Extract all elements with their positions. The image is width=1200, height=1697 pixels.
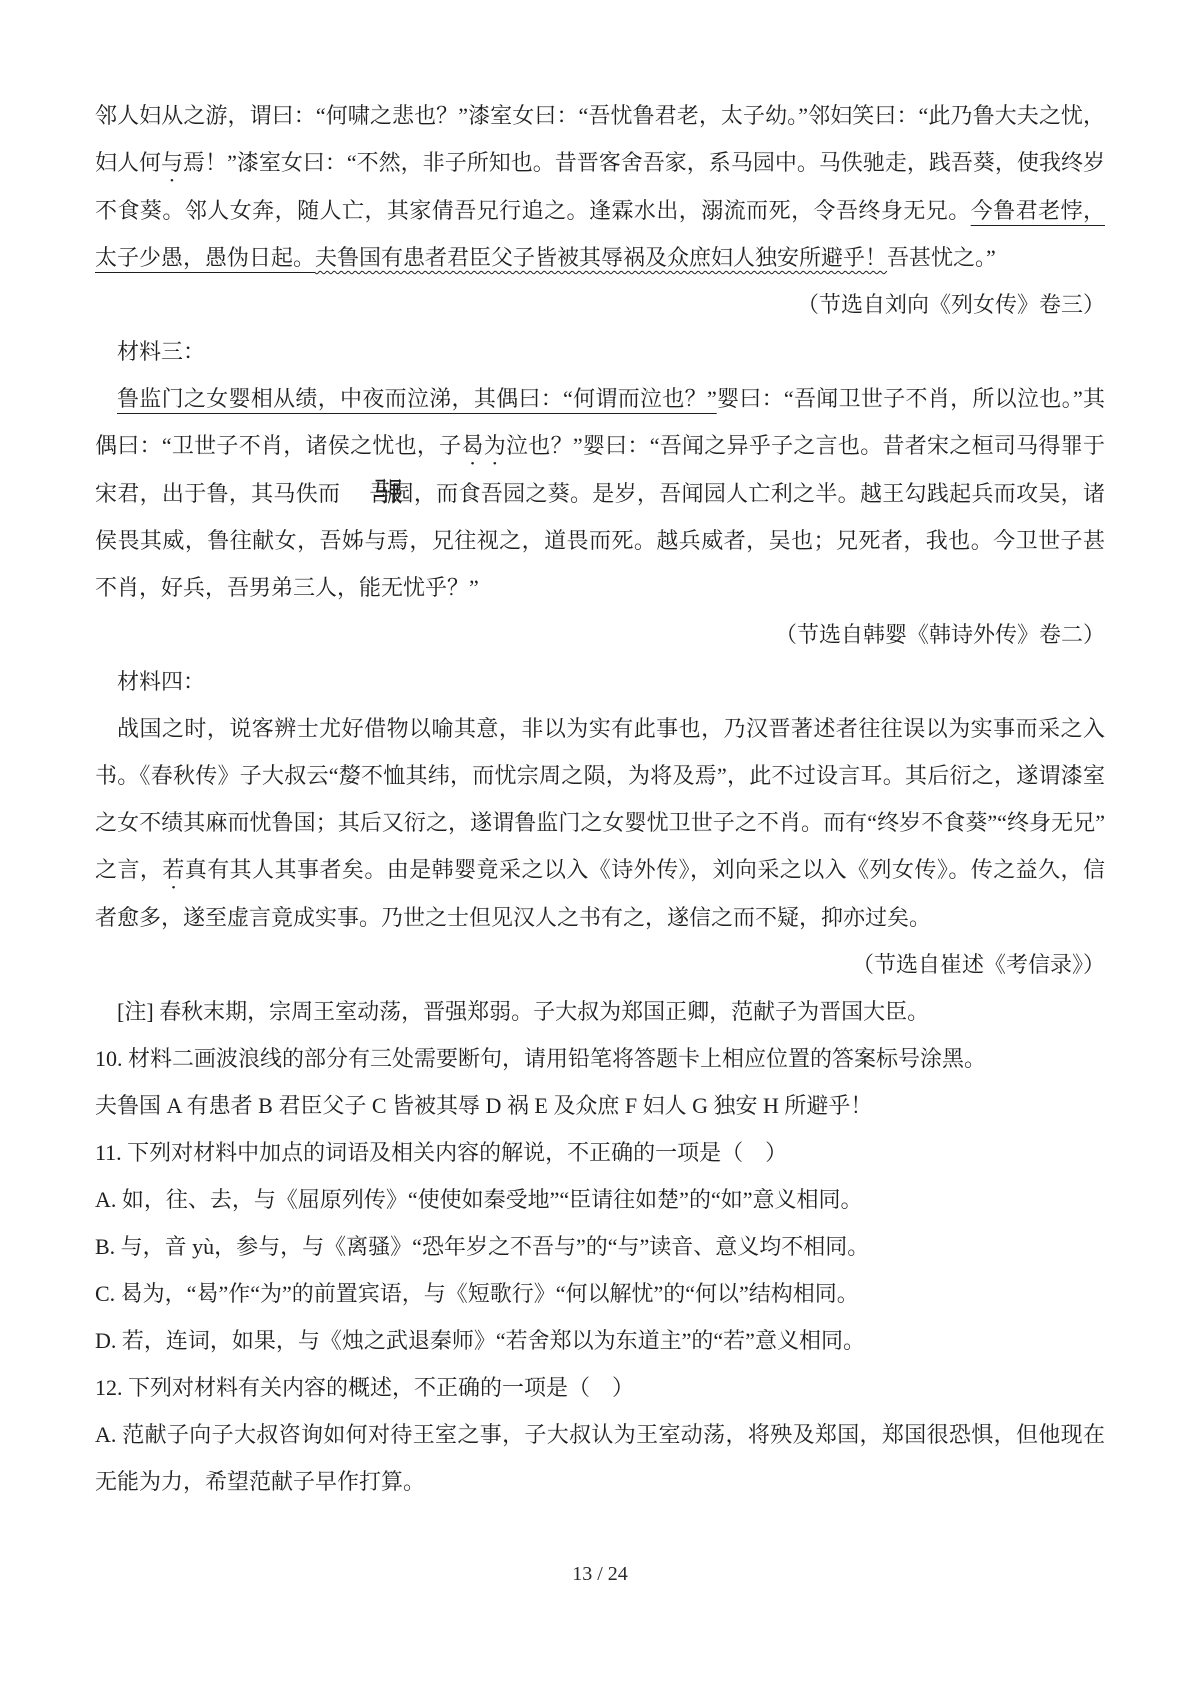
text-segment: 焉！”漆室女曰：“不然，非子所知也。昔晋客舍吾家，系马园中。马佚驰走，践吾葵，使…: [95, 150, 1105, 223]
material3-paragraph: 鲁监门之女婴相从绩，中夜而泣涕，其偶曰：“何谓而泣也？”婴曰：“吾闻卫世子不肖，…: [95, 375, 1105, 611]
page-number: 13 / 24: [0, 1560, 1200, 1588]
text-segment: 真有其人其事者矣。由是韩婴竟采之以入《诗外传》，刘向采之以入《列女传》。传之益久…: [95, 857, 1105, 930]
underlined-text: 鲁监门之女婴相从绩，中夜而泣涕，其偶曰：“何谓而泣也？”: [117, 386, 717, 411]
material3-label: 材料三：: [95, 328, 1105, 375]
dotted-emphasis-text: 若: [162, 857, 184, 882]
material2-source-attribution: （节选自刘向《列女传》卷三）: [95, 281, 1105, 328]
material4-label: 材料四：: [95, 658, 1105, 705]
material3-source-attribution: （节选自韩婴《韩诗外传》卷二）: [95, 611, 1105, 658]
question-10-segmentation-sentence: 夫鲁国 A 有患者 B 君臣父子 C 皆被其辱 D 祸 E 及众庶 F 妇人 G…: [95, 1082, 1105, 1129]
material4-source-attribution: （节选自崔述《考信录》）: [95, 941, 1105, 988]
rare-character: 马展: [340, 470, 369, 517]
question-11-stem: 11. 下列对材料中加点的词语及相关内容的解说，不正确的一项是（ ）: [95, 1129, 1105, 1176]
question-11-option-d: D. 若，连词，如果，与《烛之武退秦师》“若舍郑以为东道主”的“若”意义相同。: [95, 1317, 1105, 1364]
question-11-option-b: B. 与，音 yù，参与，与《离骚》“恐年岁之不吾与”的“与”读音、意义均不相同…: [95, 1223, 1105, 1270]
text-segment: 吾甚忧之。”: [887, 245, 996, 270]
question-11-option-a: A. 如，往、去，与《屈原列传》“使使如秦受地”“臣请往如楚”的“如”意义相同。: [95, 1176, 1105, 1223]
page-content: 邻人妇从之游，谓曰：“何啸之悲也？”漆室女曰：“吾忧鲁君老，太子幼。”邻妇笑曰：…: [0, 0, 1200, 1505]
annotation-note: [注] 春秋末期，宗周王室动荡，晋强郑弱。子大叔为郑国正卿，范献子为晋国大臣。: [95, 988, 1105, 1035]
material2-continuation-paragraph: 邻人妇从之游，谓曰：“何啸之悲也？”漆室女曰：“吾忧鲁君老，太子幼。”邻妇笑曰：…: [95, 92, 1105, 281]
document-page: 邻人妇从之游，谓曰：“何啸之悲也？”漆室女曰：“吾忧鲁君老，太子幼。”邻妇笑曰：…: [0, 0, 1200, 1697]
question-10-stem: 10. 材料二画波浪线的部分有三处需要断句，请用铅笔将答题卡上相应位置的答案标号…: [95, 1035, 1105, 1082]
material4-paragraph: 战国之时，说客辨士尤好借物以喻其意，非以为实有此事也，乃汉晋著述者往往误以为实事…: [95, 705, 1105, 941]
wavy-underlined-text: 夫鲁国有患者君臣父子皆被其辱祸及众庶妇人独安所避乎！: [315, 245, 887, 270]
dotted-emphasis-text: 曷为: [461, 433, 506, 458]
question-12-stem: 12. 下列对材料有关内容的概述，不正确的一项是（ ）: [95, 1364, 1105, 1411]
question-12-option-a: A. 范献子向子大叔咨询如何对待王室之事，子大叔认为王室动荡，将殃及郑国，郑国很…: [95, 1411, 1105, 1505]
dotted-emphasis-text: 与: [161, 150, 183, 175]
question-11-option-c: C. 曷为，“曷”作“为”的前置宾语，与《短歌行》“何以解忧”的“何以”结构相同…: [95, 1270, 1105, 1317]
